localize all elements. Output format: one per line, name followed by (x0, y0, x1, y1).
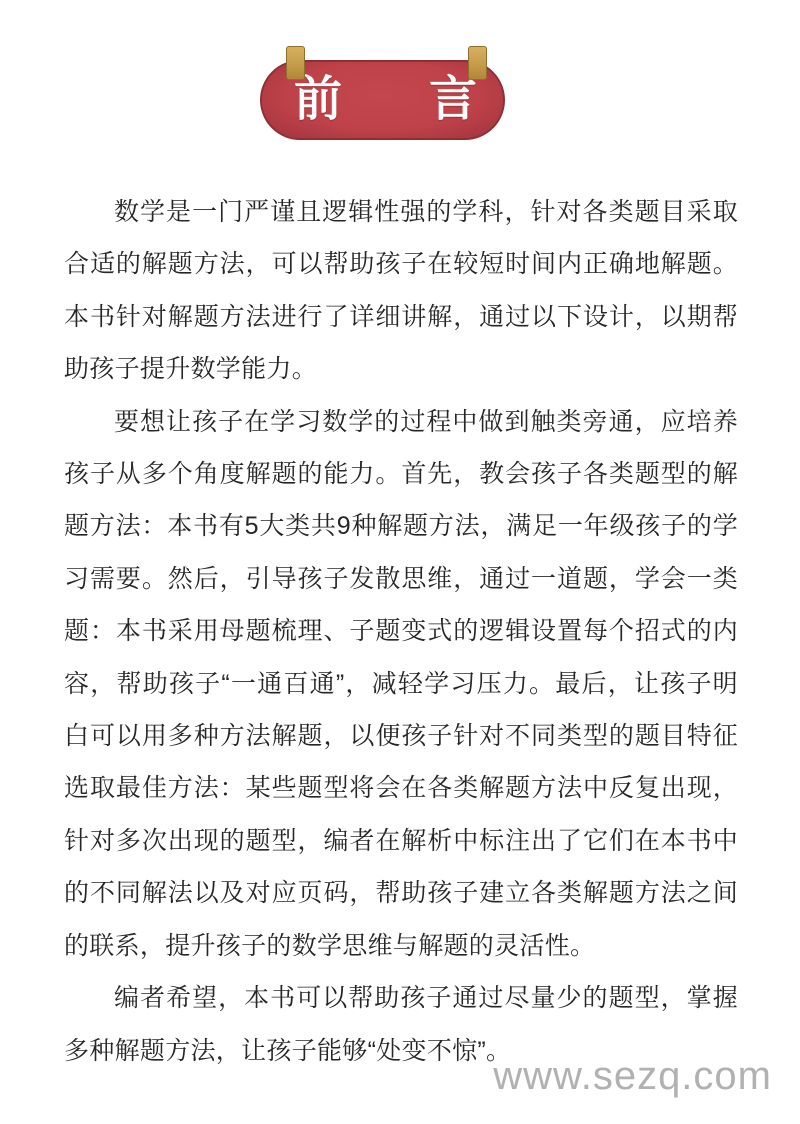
preface-body-text: 数学是一门严谨且逻辑性强的学科，针对各类题目采取合适的解题方法，可以帮助孩子在较… (64, 186, 738, 1077)
paragraph-2: 要想让孩子在学习数学的过程中做到触类旁通，应培养孩子从多个角度解题的能力。首先，… (64, 396, 738, 972)
watermark-text: www.sezq.com (493, 1054, 772, 1099)
banner-hanger-tab-left (286, 46, 305, 80)
preface-page: 前 言 数学是一门严谨且逻辑性强的学科，针对各类题目采取合适的解题方法，可以帮助… (0, 0, 800, 1124)
paragraph-1: 数学是一门严谨且逻辑性强的学科，针对各类题目采取合适的解题方法，可以帮助孩子在较… (64, 186, 738, 396)
banner-hanger-tab-right (468, 46, 487, 80)
preface-banner: 前 言 (0, 0, 800, 160)
banner-title-char-first: 前 (294, 76, 342, 124)
banner-title-char-second: 言 (429, 76, 477, 124)
